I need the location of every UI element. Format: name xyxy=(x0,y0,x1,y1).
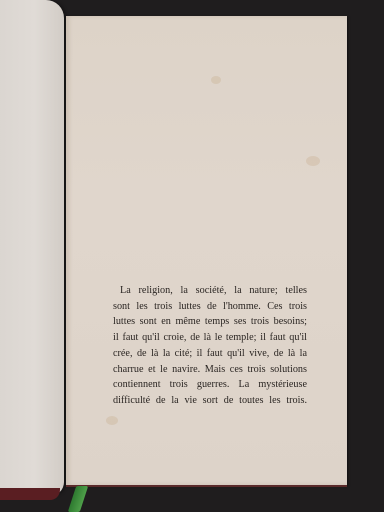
text-line: charrue et le navire. Mais ces trois sol… xyxy=(113,362,307,378)
foxing-spot xyxy=(211,76,221,84)
paragraph: La religion, la société, la nature; tell… xyxy=(113,283,307,409)
page-bottom-edge xyxy=(66,485,347,487)
text-line: il faut qu'il croie, de là le temple; il… xyxy=(113,330,307,346)
left-page xyxy=(0,0,64,496)
foxing-spot xyxy=(106,416,118,425)
text-line: difficulté de la vie sort de toutes les … xyxy=(113,393,307,409)
text-line: contiennent trois guerres. La mystérieus… xyxy=(113,377,307,393)
left-binding-edge xyxy=(0,488,60,500)
foxing-spot xyxy=(306,156,320,166)
text-line: sont les trois luttes de l'homme. Ces tr… xyxy=(113,299,307,315)
text-line: crée, de là la cité; il faut qu'il vive,… xyxy=(113,346,307,362)
text-line: La religion, la société, la nature; tell… xyxy=(113,283,307,299)
right-page xyxy=(66,16,347,485)
bookmark-ribbon xyxy=(68,486,88,512)
text-line: luttes sont en même temps ses trois beso… xyxy=(113,314,307,330)
